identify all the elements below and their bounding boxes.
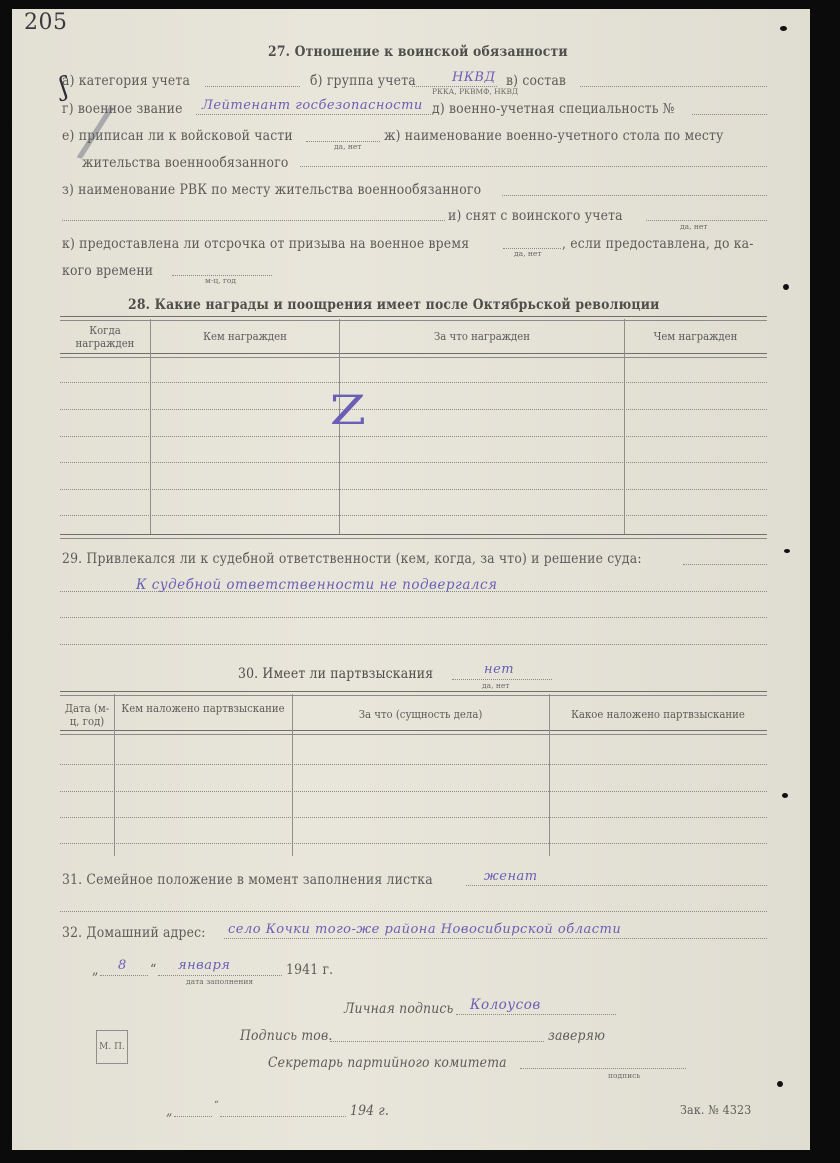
table30-row[interactable] [60, 817, 767, 818]
order-number: Зак. № 4323 [680, 1103, 751, 1117]
label-a: а) категория учета [62, 73, 190, 89]
punch-hole [782, 793, 788, 798]
field-g[interactable] [196, 114, 431, 115]
secretary-label: Секретарь партийного комитета [268, 1055, 507, 1071]
table28-row[interactable] [60, 382, 767, 383]
section28-title: 28. Какие награды и поощрения имеет посл… [128, 297, 660, 313]
table28-bottom-rule [60, 534, 767, 539]
table28-divider [624, 319, 625, 535]
table28-top-rule [60, 316, 767, 321]
section29-title: 29. Привлекался ли к судебной ответствен… [62, 551, 642, 567]
label-k2: , если предоставлена, до ка- [562, 236, 754, 252]
secretary-signature-field[interactable] [520, 1068, 686, 1069]
label-k: к) предоставлена ли отсрочка от призыва … [62, 236, 469, 252]
table28-empty-mark: Z [330, 388, 367, 434]
footer-year: 194 г. [350, 1103, 389, 1119]
table30-header-rule [60, 730, 767, 735]
field-30[interactable] [452, 679, 552, 680]
field-32[interactable] [224, 938, 767, 939]
field-z[interactable] [502, 195, 767, 196]
value-30: нет [484, 662, 514, 677]
field-v[interactable] [580, 86, 767, 87]
punch-hole [777, 1081, 783, 1087]
personal-signature: Колоусов [470, 997, 541, 1013]
date-close-quote: “ [150, 962, 157, 978]
table28-col-when: Когда награжден [64, 324, 147, 350]
value-g: Лейтенант госбезопасности [202, 98, 423, 113]
table28-divider [150, 319, 151, 535]
label-e: е) приписан ли к войсковой части [62, 128, 293, 144]
label-z: з) наименование РВК по месту жительства … [62, 182, 481, 198]
footer-quote2: “ [214, 1100, 219, 1111]
field-a[interactable] [205, 86, 300, 87]
value-b: НКВД [452, 70, 496, 85]
punch-hole [783, 284, 789, 290]
table28-row[interactable] [60, 409, 767, 410]
table30-col-penalty: Какое наложено партвзыскание [558, 708, 759, 721]
label-k3: кого времени [62, 263, 153, 279]
table28-row[interactable] [60, 462, 767, 463]
field-29d[interactable] [60, 644, 767, 645]
table28-row[interactable] [60, 436, 767, 437]
label-zh2: жительства военнообязанного [82, 155, 289, 171]
table30-divider [549, 694, 550, 856]
field-31b[interactable] [60, 911, 767, 912]
label-v: в) состав [506, 73, 566, 89]
label-b: б) группа учета [310, 73, 416, 89]
value-32: село Кочки того-же района Новосибирской … [228, 922, 621, 937]
field-31[interactable] [466, 885, 767, 886]
stamp-label: М. П. [99, 1042, 125, 1052]
table30-top-rule [60, 691, 767, 696]
hint-e: да, нет [334, 142, 361, 151]
field-29c[interactable] [60, 617, 767, 618]
footer-quote: „ [166, 1103, 173, 1119]
hint-30: да, нет [482, 681, 509, 690]
field-month[interactable] [158, 975, 282, 976]
footer-month-field[interactable] [220, 1116, 346, 1117]
hint-k2: м-ц, год [205, 276, 236, 285]
field-z2[interactable] [62, 220, 445, 221]
footer-day-field[interactable] [174, 1116, 212, 1117]
field-zh[interactable] [300, 166, 767, 167]
fill-month: января [178, 958, 230, 973]
field-day[interactable] [100, 975, 148, 976]
table28-col-by-whom: Кем награжден [158, 330, 333, 343]
fill-year: 1941 г. [286, 962, 333, 978]
hint-k: да, нет [514, 249, 541, 258]
page-number: 205 [24, 10, 68, 35]
field-29a[interactable] [683, 564, 767, 565]
comrade-signature-field[interactable] [330, 1041, 544, 1042]
secretary-hint: подпись [608, 1071, 640, 1080]
table28-row[interactable] [60, 489, 767, 490]
value-29: К судебной ответственности не подвергалс… [136, 577, 497, 593]
table30-divider [292, 694, 293, 856]
section30-title: 30. Имеет ли партвзыскания [238, 666, 433, 682]
section27-title: 27. Отношение к воинской обязанности [268, 44, 568, 60]
label-zh: ж) наименование военно-учетного стола по… [384, 128, 724, 144]
stamp-box: М. П. [96, 1030, 128, 1064]
hint-i: да, нет [680, 222, 707, 231]
punch-hole [784, 549, 790, 553]
table28-row[interactable] [60, 515, 767, 516]
table30-col-reason: За что (сущность дела) [302, 708, 538, 721]
field-i[interactable] [646, 220, 767, 221]
table30-row[interactable] [60, 843, 767, 844]
label-d: д) военно-учетная специальность № [432, 101, 675, 117]
section31-title: 31. Семейное положение в момент заполнен… [62, 872, 433, 888]
value-31: женат [484, 869, 538, 884]
fill-date-hint: дата заполнения [186, 977, 253, 986]
table28-header-rule [60, 353, 767, 358]
section32-title: 32. Домашний адрес: [62, 925, 206, 941]
table28-col-award: Чем награжден [630, 330, 762, 343]
fill-day: 8 [118, 958, 127, 973]
field-d[interactable] [692, 114, 767, 115]
certify-label: заверяю [548, 1028, 605, 1044]
punch-hole [780, 26, 787, 31]
table30-row[interactable] [60, 764, 767, 765]
label-g: г) военное звание [62, 101, 183, 117]
comrade-signature-label: Подпись тов. [240, 1028, 332, 1044]
table30-col-date: Дата (м-ц, год) [62, 702, 112, 728]
table30-col-by-whom: Кем наложено партвзыскание [121, 702, 285, 715]
personal-signature-field[interactable] [456, 1014, 616, 1015]
table30-row[interactable] [60, 791, 767, 792]
table28-col-for-what: За что награжден [351, 330, 612, 343]
date-open-quote: „ [92, 962, 99, 978]
personal-signature-label: Личная подпись [344, 1001, 453, 1017]
table30-divider [114, 694, 115, 856]
label-i: и) снят с воинского учета [448, 208, 623, 224]
